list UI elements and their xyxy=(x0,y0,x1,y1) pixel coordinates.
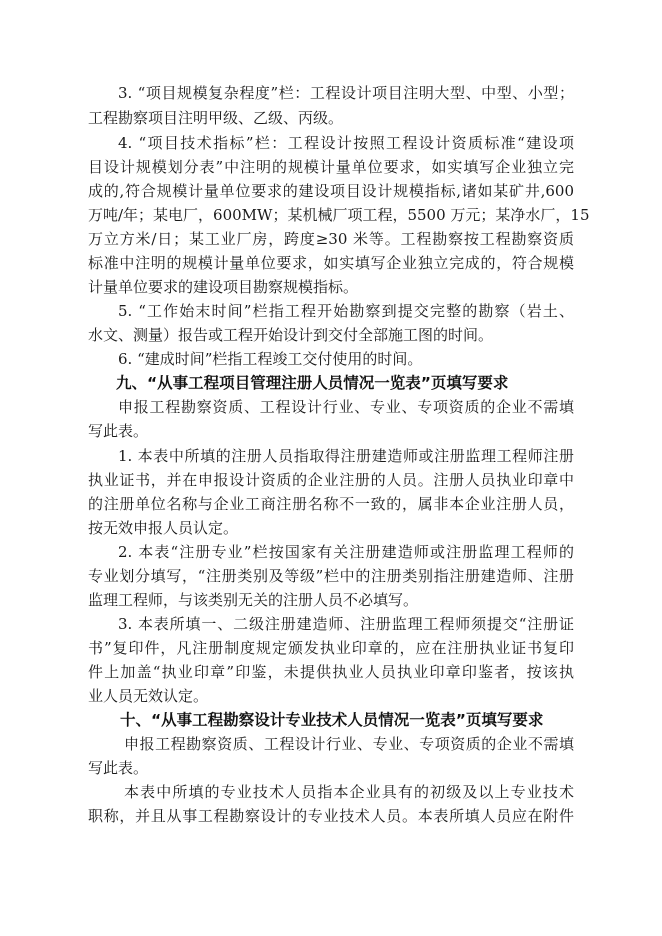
item4-line-2: 目设计规模划分表”中注明的规模计量单位要求，如实填写企业独立完 xyxy=(88,155,574,179)
item4-line-5: 万立方米/日；某工业厂房，跨度≥30 米等。工程勘察按工程勘察资质 xyxy=(88,227,574,251)
section10-body-line-1: 本表中所填的专业技术人员指本企业具有的初级及以上专业技术 xyxy=(124,780,574,804)
s9-item3-line-3: 件上加盖“执业印章”印鉴，未提供执业人员执业印章印鉴者，按该执 xyxy=(88,660,574,684)
section10-intro-line-2: 写此表。 xyxy=(88,756,574,780)
item5-line-2: 水文、测量）报告或工程开始设计到交付全部施工图的时间。 xyxy=(88,323,574,347)
document-page: 3. “项目规模复杂程度”栏：工程设计项目注明大型、中型、小型； 工程勘察项目注… xyxy=(0,0,662,936)
s9-item3-line-1: 3. 本表所填一、二级注册建造师、注册监理工程师须提交“注册证 xyxy=(118,612,574,636)
item4-line-3: 成的,符合规模计量单位要求的建设项目设计规模指标,诸如某矿井,600 xyxy=(88,179,574,203)
s9-item2-line-3: 监理工程师，与该类别无关的注册人员不必填写。 xyxy=(88,588,574,612)
s9-item1-line-4: 按无效申报人员认定。 xyxy=(88,516,574,540)
s9-item1-line-2: 执业证书，并在申报设计资质的企业注册的人员。注册人员执业印章中 xyxy=(88,468,574,492)
s9-item1-line-3: 的注册单位名称与企业工商注册名称不一致的，属非本企业注册人员， xyxy=(88,492,574,516)
item4-line-4: 万吨/年；某电厂，600MW；某机械厂项工程，5500 万元；某净水厂，15 xyxy=(88,203,574,227)
item4-line-1: 4. “项目技术指标”栏：工程设计按照工程设计资质标准“建设项 xyxy=(118,131,574,155)
item3-line-2: 工程勘察项目注明甲级、乙级、丙级。 xyxy=(88,106,574,130)
section9-heading: 九、“从事工程项目管理注册人员情况一览表”页填写要求 xyxy=(116,371,536,395)
item6-line-1: 6. “建成时间”栏指工程竣工交付使用的时间。 xyxy=(118,347,574,371)
section10-heading: 十、“从事工程勘察设计专业技术人员情况一览表”页填写要求 xyxy=(120,708,578,732)
item5-line-1: 5. “工作始末时间”栏指工程开始勘察到提交完整的勘察（岩土、 xyxy=(118,299,574,323)
section9-intro-line-1: 申报工程勘察资质、工程设计行业、专业、专项资质的企业不需填 xyxy=(118,395,574,419)
s9-item2-line-1: 2. 本表“注册专业”栏按国家有关注册建造师或注册监理工程师的 xyxy=(118,540,574,564)
item4-line-6: 标准中注明的规模计量单位要求，如实填写企业独立完成的，符合规模 xyxy=(88,251,574,275)
s9-item3-line-2: 书”复印件，凡注册制度规定颁发执业印章的，应在注册执业证书复印 xyxy=(88,636,574,660)
s9-item2-line-2: 专业划分填写，“注册类别及等级”栏中的注册类别指注册建造师、注册 xyxy=(88,564,574,588)
section9-intro-line-2: 写此表。 xyxy=(88,419,574,443)
item4-line-7: 计量单位要求的建设项目勘察规模指标。 xyxy=(88,275,574,299)
section10-intro-line-1: 申报工程勘察资质、工程设计行业、专业、专项资质的企业不需填 xyxy=(124,732,574,756)
section10-body-line-2: 职称，并且从事工程勘察设计的专业技术人员。本表所填人员应在附件 xyxy=(88,804,574,828)
s9-item1-line-1: 1. 本表中所填的注册人员指取得注册建造师或注册监理工程师注册 xyxy=(118,444,574,468)
s9-item3-line-4: 业人员无效认定。 xyxy=(88,684,574,708)
item3-line-1: 3. “项目规模复杂程度”栏：工程设计项目注明大型、中型、小型； xyxy=(118,81,574,105)
